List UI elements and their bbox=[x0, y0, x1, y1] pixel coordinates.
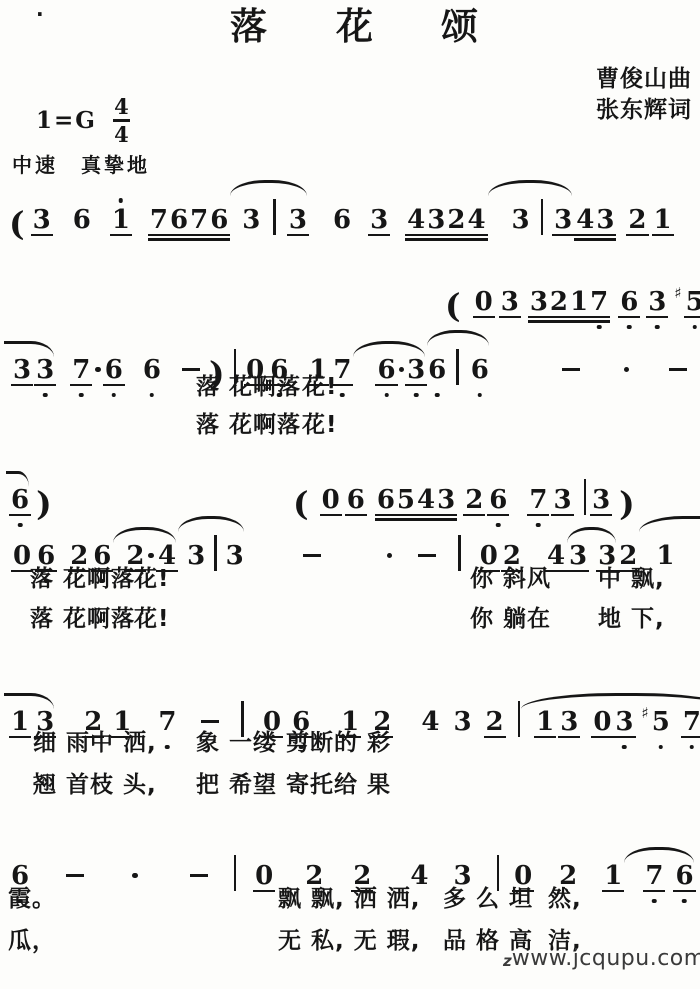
note-digit: ♯ bbox=[673, 286, 682, 301]
note-digit: 0 bbox=[321, 487, 341, 512]
note: 2 bbox=[618, 543, 638, 568]
duration-dot bbox=[624, 367, 630, 373]
dash-extender bbox=[66, 874, 84, 878]
parenthesis: ) bbox=[618, 482, 636, 512]
lyrics-row-7: 霞。飘 飘, 洒 洒,多 么 坦然, bbox=[0, 886, 700, 916]
beam-group: 4324 bbox=[406, 207, 486, 232]
note: 1 bbox=[655, 543, 675, 568]
note-digit: 6 bbox=[72, 207, 92, 232]
note-digit: 3 bbox=[186, 543, 206, 568]
note: 2 bbox=[352, 863, 372, 888]
note: 3 bbox=[511, 207, 531, 232]
note: 6 bbox=[92, 543, 112, 568]
note-digit: 6 bbox=[10, 487, 30, 512]
dash-extender bbox=[562, 368, 580, 372]
note: 6 bbox=[619, 289, 639, 314]
note-digit: 2 bbox=[558, 863, 578, 888]
note-digit: 3 bbox=[241, 207, 261, 232]
note-digit: 3 bbox=[597, 543, 617, 568]
note-digit: 6 bbox=[332, 207, 352, 232]
duration-dot bbox=[387, 553, 393, 559]
slur-group: 6 bbox=[10, 487, 30, 512]
slur-group: 33 bbox=[566, 543, 617, 568]
note-digit: ( bbox=[8, 207, 26, 237]
note-digit: 2 bbox=[304, 863, 324, 888]
note: 3 bbox=[500, 289, 520, 314]
lyrics-segment: 把 希望 寄托给 果 bbox=[196, 772, 391, 800]
slur-arc bbox=[488, 180, 573, 196]
key-signature: 1=G 4 4 bbox=[36, 96, 130, 145]
dash-extender bbox=[669, 368, 687, 372]
note: 4 bbox=[546, 543, 566, 568]
slur-group: 33 bbox=[487, 196, 574, 232]
note: 6 bbox=[10, 863, 30, 888]
note-digit: 7 bbox=[644, 863, 664, 888]
lyrics-segment: 你 斜风 bbox=[470, 566, 551, 594]
note-digit: 7 bbox=[589, 289, 609, 314]
octave-dot-below bbox=[627, 325, 632, 330]
barline bbox=[273, 199, 276, 235]
note: 2 bbox=[446, 207, 466, 232]
note: 5 bbox=[396, 487, 416, 512]
parenthesis: ( bbox=[8, 202, 26, 232]
dash-extender bbox=[418, 554, 436, 558]
note-digit: 3 bbox=[369, 207, 389, 232]
note-digit: 4 bbox=[157, 543, 177, 568]
note-digit: ) bbox=[618, 487, 636, 517]
octave-dot-below bbox=[655, 325, 660, 330]
note-digit: 3 bbox=[647, 289, 667, 314]
note: 4 bbox=[466, 207, 486, 232]
parenthesis: ( bbox=[444, 284, 462, 314]
note-digit: 7 bbox=[189, 207, 209, 232]
sheet-music-page: · 落花颂 曹俊山曲 张东辉词 1=G 4 4 中速 真挚地 (36176763… bbox=[0, 0, 700, 989]
lyricist-credit: 张东辉词 bbox=[596, 95, 692, 126]
dash-extender bbox=[303, 554, 321, 558]
lyrics-row-6: 翘 首枝 头,把 希望 寄托给 果 bbox=[0, 772, 700, 802]
note-digit: 6 bbox=[376, 487, 396, 512]
notation-system-4-insert: (06654326733) bbox=[292, 466, 636, 512]
note-digit: 1 bbox=[111, 207, 131, 232]
lyrics-segment: 你 躺在 bbox=[470, 606, 551, 634]
title-char: 花 bbox=[336, 8, 373, 45]
note-digit: 4 bbox=[406, 207, 426, 232]
note-digit: 2 bbox=[464, 487, 484, 512]
note-digit: 3 bbox=[426, 207, 446, 232]
notation-system-5: 062624330243321 bbox=[8, 522, 700, 568]
note: 4 bbox=[409, 863, 429, 888]
time-signature: 4 4 bbox=[113, 96, 130, 145]
slur-arc bbox=[230, 180, 307, 196]
note-digit: ♯ bbox=[641, 706, 650, 721]
note-digit: 0 bbox=[474, 289, 494, 314]
note-digit: 6 bbox=[209, 207, 229, 232]
note-digit: 4 bbox=[409, 863, 429, 888]
lyrics-segment: 落 花啊落 bbox=[30, 606, 135, 634]
note: 4 bbox=[406, 207, 426, 232]
lyrics-segment: 落 花啊落 bbox=[196, 374, 301, 402]
note: 2 bbox=[464, 487, 484, 512]
composer-credit: 曹俊山曲 bbox=[596, 64, 692, 95]
note-digit: 3 bbox=[553, 207, 573, 232]
note: 1 bbox=[569, 289, 589, 314]
lyrics-row-3: 落 花啊落花!你 斜风中 飘, bbox=[0, 566, 700, 596]
note-digit: 4 bbox=[546, 543, 566, 568]
note: 6 bbox=[332, 207, 352, 232]
note: 3 bbox=[241, 207, 261, 232]
note: 6 bbox=[488, 487, 508, 512]
note: 3 bbox=[426, 207, 446, 232]
parenthesis: ) bbox=[35, 482, 53, 512]
lyrics-segment: 翘 首枝 头, bbox=[33, 772, 157, 800]
note: 0 bbox=[321, 487, 341, 512]
note-digit: 0 bbox=[479, 543, 499, 568]
note: 3 bbox=[647, 289, 667, 314]
note: 3 bbox=[597, 543, 617, 568]
note-digit: 6 bbox=[619, 289, 639, 314]
lyrics-segment: 细 雨中 洒, bbox=[33, 730, 157, 758]
note-digit: 6 bbox=[92, 543, 112, 568]
note-digit: 3 bbox=[552, 487, 572, 512]
octave-dot-below bbox=[692, 325, 697, 330]
lyrics-segment: 飘 飘, 洒 洒, bbox=[278, 886, 421, 914]
beam-group: 43 bbox=[575, 207, 615, 232]
note: 7 bbox=[644, 863, 664, 888]
note: 3 bbox=[529, 289, 549, 314]
lyrics-segment: 花! bbox=[302, 412, 338, 440]
notation-system-7: 602243021767 bbox=[8, 842, 700, 888]
lyrics-segment: 霞。 bbox=[8, 886, 56, 914]
note: 6 bbox=[72, 207, 92, 232]
note: 4 bbox=[157, 543, 177, 568]
note-digit: 6 bbox=[674, 863, 694, 888]
credits-block: 曹俊山曲 张东辉词 bbox=[596, 64, 692, 126]
lyrics-segment: 中 飘, bbox=[598, 566, 665, 594]
slur-group: 24 bbox=[112, 543, 177, 568]
notation-system-6: 1321706124321303♯576 bbox=[8, 688, 700, 734]
note: 2 bbox=[558, 863, 578, 888]
note-digit: 2 bbox=[69, 543, 89, 568]
note: 2 bbox=[125, 543, 145, 568]
note-digit: 3 bbox=[436, 487, 456, 512]
note: 3 bbox=[553, 207, 573, 232]
octave-dot-above bbox=[119, 198, 124, 203]
note: 3 bbox=[595, 207, 615, 232]
note-digit: 1 bbox=[603, 863, 623, 888]
note-digit: 2 bbox=[627, 207, 647, 232]
octave-dot-below bbox=[597, 325, 602, 330]
slur-group: 76 bbox=[623, 863, 694, 888]
title-char: 落 bbox=[230, 8, 267, 45]
lyrics-segment: 多 么 坦 bbox=[443, 886, 533, 914]
lyrics-row-4: 落 花啊落花!你 躺在地 下, bbox=[0, 606, 700, 636]
note-digit: 2 bbox=[502, 543, 522, 568]
note-digit: 6 bbox=[488, 487, 508, 512]
note: 3 bbox=[186, 543, 206, 568]
note-digit: 3 bbox=[511, 207, 531, 232]
note-digit: 1 bbox=[653, 207, 673, 232]
slur-arc bbox=[427, 330, 489, 346]
notation-system-2-pickup: (03321763♯56 bbox=[444, 268, 700, 314]
note: 3 bbox=[568, 543, 588, 568]
note: 2 bbox=[627, 207, 647, 232]
slur-arc bbox=[639, 516, 700, 532]
note: 6 bbox=[36, 543, 56, 568]
note-digit: 1 bbox=[569, 289, 589, 314]
note-digit: 6 bbox=[36, 543, 56, 568]
note: 7 bbox=[189, 207, 209, 232]
corner-mark: · bbox=[36, 2, 44, 26]
note: 0 bbox=[479, 543, 499, 568]
note: 3 bbox=[32, 207, 52, 232]
note: 3 bbox=[452, 863, 472, 888]
note: 7 bbox=[589, 289, 609, 314]
note-digit: 2 bbox=[352, 863, 372, 888]
beam-group: 7676 bbox=[149, 207, 229, 232]
note-digit: 2 bbox=[446, 207, 466, 232]
lyrics-segment: 瓜， bbox=[8, 928, 56, 956]
meter-numerator: 4 bbox=[114, 96, 129, 117]
note-digit: 6 bbox=[346, 487, 366, 512]
note: 3 bbox=[552, 487, 572, 512]
note-digit: 3 bbox=[568, 543, 588, 568]
note-digit: 2 bbox=[618, 543, 638, 568]
note: 2 bbox=[502, 543, 522, 568]
note: 1 bbox=[653, 207, 673, 232]
lyrics-segment: 花! bbox=[134, 566, 170, 594]
note-digit: 0 bbox=[254, 863, 274, 888]
meter-denominator: 4 bbox=[114, 124, 129, 145]
note-digit: 6 bbox=[10, 863, 30, 888]
note-digit: 4 bbox=[466, 207, 486, 232]
note-digit: 3 bbox=[500, 289, 520, 314]
note-digit: 4 bbox=[416, 487, 436, 512]
note: 0 bbox=[12, 543, 32, 568]
note: 1 bbox=[111, 207, 131, 232]
note: 7 bbox=[528, 487, 548, 512]
note: 3 bbox=[225, 543, 245, 568]
slur-arc bbox=[178, 516, 244, 532]
note: 2 bbox=[304, 863, 324, 888]
note: 6 bbox=[346, 487, 366, 512]
note-digit: 0 bbox=[12, 543, 32, 568]
note: 3 bbox=[288, 207, 308, 232]
tempo-marking: 中速 真挚地 bbox=[12, 149, 150, 178]
lyrics-segment: 然, bbox=[548, 886, 582, 914]
note-digit: ) bbox=[35, 487, 53, 517]
watermark: z www.jcqupu.com bbox=[503, 946, 700, 971]
note-digit: 7 bbox=[149, 207, 169, 232]
duration-dot bbox=[95, 367, 101, 373]
lyrics-segment: 无 私, 无 瑕, bbox=[278, 928, 421, 956]
note: 6 bbox=[10, 487, 30, 512]
slur-group: 33 bbox=[229, 196, 308, 232]
note-digit: ( bbox=[292, 487, 310, 517]
note: 4 bbox=[416, 487, 436, 512]
note-digit: 6 bbox=[169, 207, 189, 232]
note-digit: 1 bbox=[655, 543, 675, 568]
note-digit: 2 bbox=[549, 289, 569, 314]
dash-extender bbox=[182, 368, 200, 372]
note-digit: 3 bbox=[32, 207, 52, 232]
note-digit: 7 bbox=[528, 487, 548, 512]
duration-dot bbox=[132, 873, 138, 879]
note-digit: 3 bbox=[529, 289, 549, 314]
title-char: 颂 bbox=[441, 8, 478, 45]
beam-group: 3217 bbox=[529, 289, 609, 314]
note-digit: 3 bbox=[452, 863, 472, 888]
duration-dot bbox=[399, 367, 405, 373]
slur-group: 33 bbox=[177, 532, 245, 568]
note: 3 bbox=[591, 487, 611, 512]
note-digit: 0 bbox=[513, 863, 533, 888]
note: 3 bbox=[369, 207, 389, 232]
note: 1 bbox=[603, 863, 623, 888]
duration-dot bbox=[148, 553, 154, 559]
notation-system-1: (36176763363432433432173 bbox=[8, 186, 700, 232]
dash-extender bbox=[190, 874, 208, 878]
note: 0 bbox=[254, 863, 274, 888]
lyrics-row-5: 细 雨中 洒,象 一缕 剪断的 彩 bbox=[0, 730, 700, 760]
sharp-sign: ♯ bbox=[673, 299, 682, 314]
lyrics-row-1: 落 花啊落花! bbox=[0, 374, 700, 404]
note: 6 bbox=[674, 863, 694, 888]
note-digit: 5 bbox=[685, 289, 700, 314]
note: 4 bbox=[575, 207, 595, 232]
lyrics-segment: 落 花啊落 bbox=[30, 566, 135, 594]
note: 2 bbox=[69, 543, 89, 568]
note-digit: 3 bbox=[591, 487, 611, 512]
note-digit: 2 bbox=[125, 543, 145, 568]
note-digit: 3 bbox=[288, 207, 308, 232]
note-digit: ( bbox=[444, 289, 462, 319]
note-digit: 3 bbox=[595, 207, 615, 232]
lyrics-segment: 落 花啊落 bbox=[196, 412, 301, 440]
notation-system-4-left: 6) bbox=[10, 466, 53, 512]
lyrics-segment: 象 一缕 剪断的 彩 bbox=[196, 730, 391, 758]
watermark-logo-icon: z bbox=[503, 952, 512, 970]
note: 7 bbox=[149, 207, 169, 232]
lyrics-segment: 地 下, bbox=[598, 606, 665, 634]
key-label: 1=G bbox=[36, 107, 97, 134]
note: 5 bbox=[685, 289, 700, 314]
note: 6 bbox=[169, 207, 189, 232]
note-digit: 5 bbox=[396, 487, 416, 512]
note: 2 bbox=[549, 289, 569, 314]
note: 6 bbox=[376, 487, 396, 512]
parenthesis: ( bbox=[292, 482, 310, 512]
lyrics-segment: 花! bbox=[302, 374, 338, 402]
slur-group: 1 bbox=[638, 532, 700, 568]
barline bbox=[584, 479, 587, 515]
lyrics-row-2: 落 花啊落花! bbox=[0, 412, 700, 442]
note-digit: 3 bbox=[225, 543, 245, 568]
beam-group: 6543 bbox=[376, 487, 456, 512]
lyrics-segment: 花! bbox=[134, 606, 170, 634]
note: 6 bbox=[209, 207, 229, 232]
note-digit: 4 bbox=[575, 207, 595, 232]
watermark-text: www.jcqupu.com bbox=[512, 946, 700, 971]
note: 0 bbox=[474, 289, 494, 314]
note: 3 bbox=[436, 487, 456, 512]
note: 0 bbox=[513, 863, 533, 888]
barline bbox=[541, 199, 544, 235]
dash-extender bbox=[201, 720, 219, 724]
